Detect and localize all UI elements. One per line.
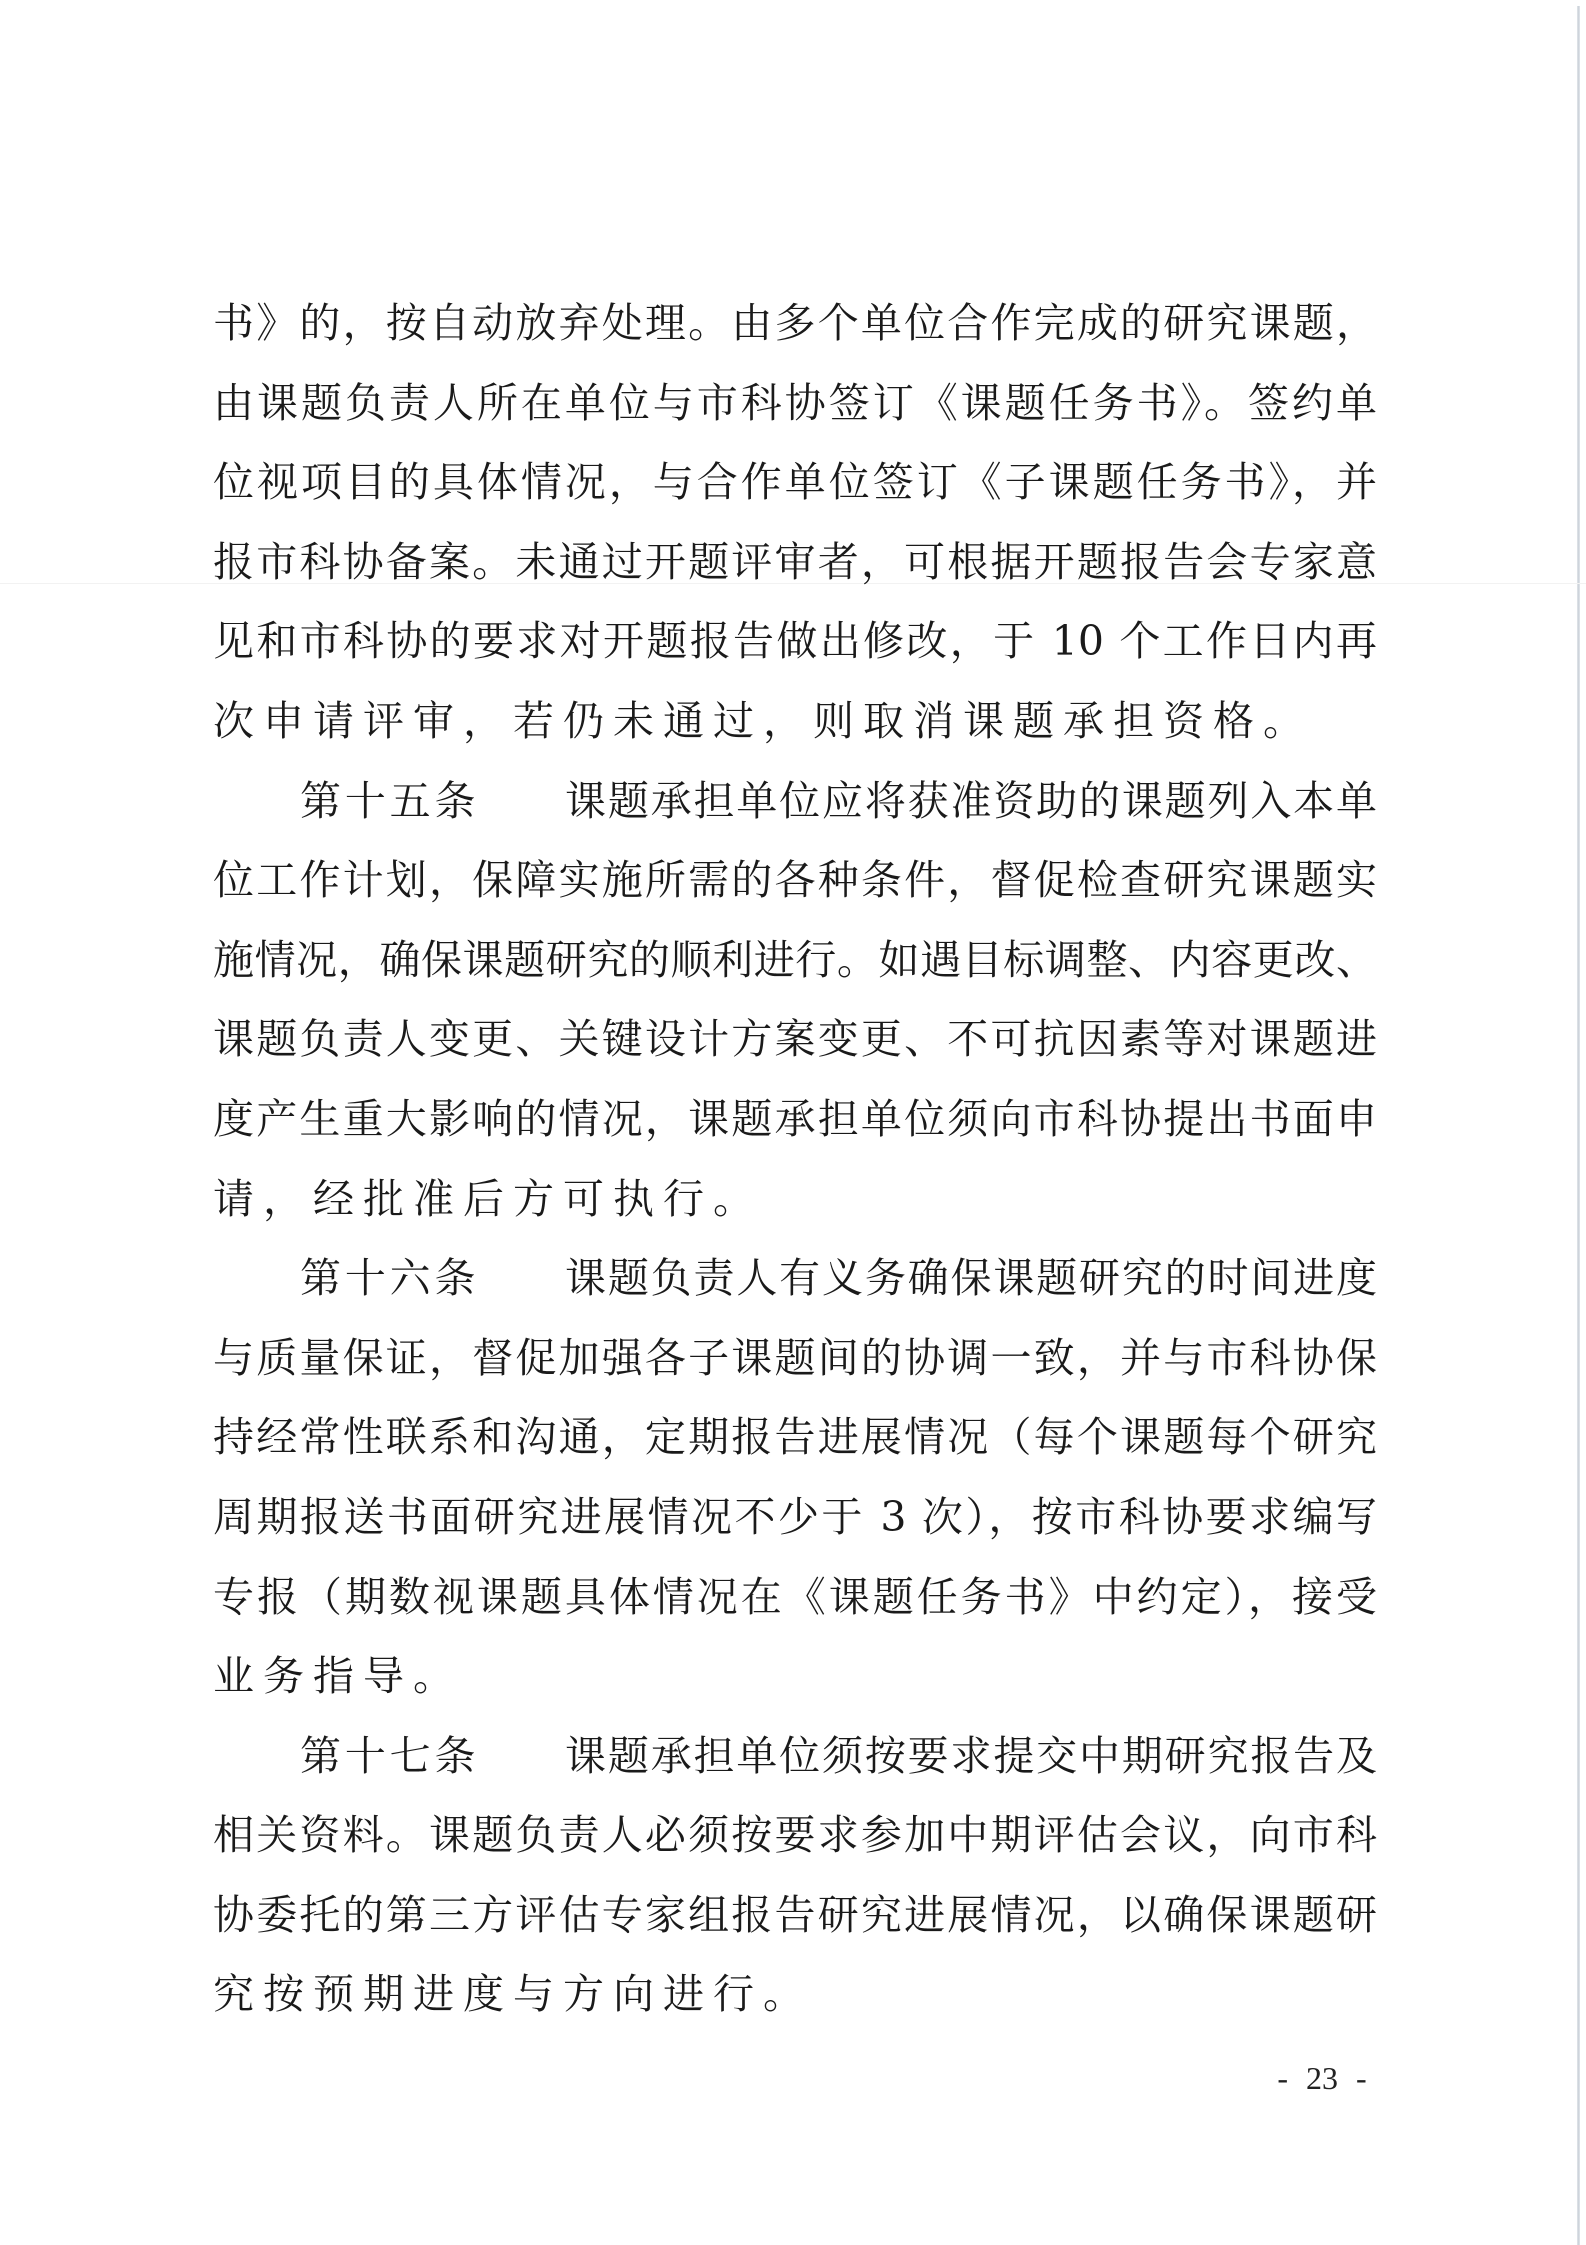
text-line: 位工作计划，保障实施所需的各种条件，督促检查研究课题实 xyxy=(213,841,1377,921)
text-line: 持经常性联系和沟通，定期报告进展情况（每个课题每个研究 xyxy=(213,1398,1377,1478)
text-line: 见和市科协的要求对开题报告做出修改，于 10 个工作日内再 xyxy=(213,602,1377,682)
text-line: 书》的，按自动放弃处理。由多个单位合作完成的研究课题， xyxy=(213,284,1377,364)
body-text: 书》的，按自动放弃处理。由多个单位合作完成的研究课题， 由课题负责人所在单位与市… xyxy=(213,284,1377,2035)
page-number: - 23 - xyxy=(1262,2058,1382,2098)
text-line: 相关资料。课题负责人必须按要求参加中期评估会议，向市科 xyxy=(213,1796,1377,1876)
text-line: 业务指导。 xyxy=(213,1637,1377,1717)
text-line: 度产生重大影响的情况，课题承担单位须向市科协提出书面申 xyxy=(213,1080,1377,1160)
article-first-line: 第十七条 课题承担单位须按要求提交中期研究报告及 xyxy=(213,1717,1377,1797)
article-number: 第十五条 xyxy=(300,777,479,825)
text-line: 专报（期数视课题具体情况在《课题任务书》中约定），接受 xyxy=(213,1558,1377,1638)
article-15: 第十五条 课题承担单位应将获准资助的课题列入本单 位工作计划，保障实施所需的各种… xyxy=(213,762,1377,1240)
text-line: 周期报送书面研究进展情况不少于 3 次），按市科协要求编写 xyxy=(213,1478,1377,1558)
article-first-line: 第十六条 课题负责人有义务确保课题研究的时间进度 xyxy=(213,1239,1377,1319)
text-line: 请，经批准后方可执行。 xyxy=(213,1160,1377,1240)
article-first-text: 课题承担单位须按要求提交中期研究报告及 xyxy=(565,1732,1377,1780)
text-line: 报市科协备案。未通过开题评审者，可根据开题报告会专家意 xyxy=(213,523,1377,603)
paragraph-continuation: 书》的，按自动放弃处理。由多个单位合作完成的研究课题， 由课题负责人所在单位与市… xyxy=(213,284,1377,762)
text-line: 与质量保证，督促加强各子课题间的协调一致，并与市科协保 xyxy=(213,1319,1377,1399)
article-spacer xyxy=(479,777,565,825)
article-17: 第十七条 课题承担单位须按要求提交中期研究报告及 相关资料。课题负责人必须按要求… xyxy=(213,1717,1377,2035)
article-first-line: 第十五条 课题承担单位应将获准资助的课题列入本单 xyxy=(213,762,1377,842)
text-line: 课题负责人变更、关键设计方案变更、不可抗因素等对课题进 xyxy=(213,1000,1377,1080)
text-line: 究按预期进度与方向进行。 xyxy=(213,1955,1377,2035)
article-number: 第十六条 xyxy=(300,1254,479,1302)
article-spacer xyxy=(479,1732,565,1780)
article-spacer xyxy=(479,1254,565,1302)
text-line: 协委托的第三方评估专家组报告研究进展情况，以确保课题研 xyxy=(213,1876,1377,1956)
article-16: 第十六条 课题负责人有义务确保课题研究的时间进度 与质量保证，督促加强各子课题间… xyxy=(213,1239,1377,1717)
text-line: 位视项目的具体情况，与合作单位签订《子课题任务书》，并 xyxy=(213,443,1377,523)
scan-edge-line xyxy=(1577,6,1580,2245)
text-line: 由课题负责人所在单位与市科协签订《课题任务书》。签约单 xyxy=(213,364,1377,444)
text-line: 次申请评审，若仍未通过，则取消课题承担资格。 xyxy=(213,682,1377,762)
article-first-text: 课题负责人有义务确保课题研究的时间进度 xyxy=(565,1254,1377,1302)
document-page: 书》的，按自动放弃处理。由多个单位合作完成的研究课题， 由课题负责人所在单位与市… xyxy=(0,0,1586,2245)
text-line: 施情况，确保课题研究的顺利进行。如遇目标调整、内容更改、 xyxy=(213,921,1377,1001)
article-number: 第十七条 xyxy=(300,1732,479,1780)
article-first-text: 课题承担单位应将获准资助的课题列入本单 xyxy=(565,777,1377,825)
